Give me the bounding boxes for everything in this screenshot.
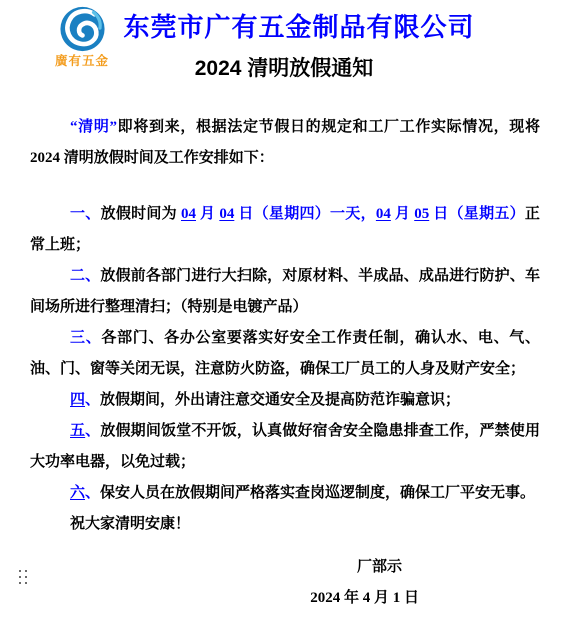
intro-paragraph: “清明”即将到来，根据法定节假日的规定和工厂工作实际情况，现将 2024 清明放… xyxy=(30,112,540,174)
item-1-lead: 放假时间为 xyxy=(101,206,181,222)
item-3-number: 三、 xyxy=(70,330,101,346)
item-2-text: 放假前各部门进行大扫除，对原材料、半成品、成品进行防护、车间场所进行整理清扫；（… xyxy=(30,268,540,315)
item-1-dates: 04 月 04 日（星期四）一天，04 月 05 日（星期五） xyxy=(181,206,525,222)
signature-block: 厂部示 2024 年 4 月 1 日 xyxy=(30,552,540,614)
item-1-number: 一、 xyxy=(70,206,101,222)
company-name-title: 东莞市广有五金制品有限公司 xyxy=(30,0,568,42)
guangyou-logo-icon xyxy=(59,6,106,52)
notice-items: 一、放假时间为 04 月 04 日（星期四）一天，04 月 05 日（星期五）正… xyxy=(30,199,540,540)
notice-item-1: 一、放假时间为 04 月 04 日（星期四）一天，04 月 05 日（星期五）正… xyxy=(30,199,540,261)
item-2-number: 二、 xyxy=(70,268,100,284)
drag-handle-icon[interactable] xyxy=(19,570,27,584)
notice-body: “清明”即将到来，根据法定节假日的规定和工厂工作实际情况，现将 2024 清明放… xyxy=(0,112,568,614)
logo-text: 廣有五金 xyxy=(54,51,110,69)
item-5-number: 五、 xyxy=(70,423,100,439)
item-6-number: 六、 xyxy=(70,485,100,501)
notice-document-page: 廣有五金 东莞市广有五金制品有限公司 2024 清明放假通知 “清明”即将到来，… xyxy=(0,0,568,636)
notice-item-5: 五、放假期间饭堂不开饭，认真做好宿舍安全隐患排查工作，严禁使用大功率电器，以免过… xyxy=(30,416,540,478)
notice-item-6: 六、保安人员在放假期间严格落实查岗巡逻制度，确保工厂平安无事。 xyxy=(30,478,540,509)
signature-date: 2024 年 4 月 1 日 xyxy=(30,583,540,614)
notice-item-3: 三、各部门、各办公室要落实好安全工作责任制，确认水、电、气、油、门、窗等关闭无误… xyxy=(30,323,540,385)
item-3-text: 各部门、各办公室要落实好安全工作责任制，确认水、电、气、油、门、窗等关闭无误，注… xyxy=(30,330,540,377)
intro-quote: “清明” xyxy=(70,119,117,135)
signer-name: 厂部示 xyxy=(30,552,540,583)
company-logo: 廣有五金 xyxy=(54,6,110,69)
wish-line: 祝大家清明安康！ xyxy=(30,509,540,540)
item-5-text: 放假期间饭堂不开饭，认真做好宿舍安全隐患排查工作，严禁使用大功率电器，以免过载； xyxy=(30,423,540,470)
item-6-text: 保安人员在放假期间严格落实查岗巡逻制度，确保工厂平安无事。 xyxy=(100,485,535,501)
item-4-number: 四、 xyxy=(70,392,100,408)
notice-item-2: 二、放假前各部门进行大扫除，对原材料、半成品、成品进行防护、车间场所进行整理清扫… xyxy=(30,261,540,323)
notice-item-4: 四、放假期间，外出请注意交通安全及提高防范诈骗意识； xyxy=(30,385,540,416)
item-4-text: 放假期间，外出请注意交通安全及提高防范诈骗意识； xyxy=(100,392,460,408)
